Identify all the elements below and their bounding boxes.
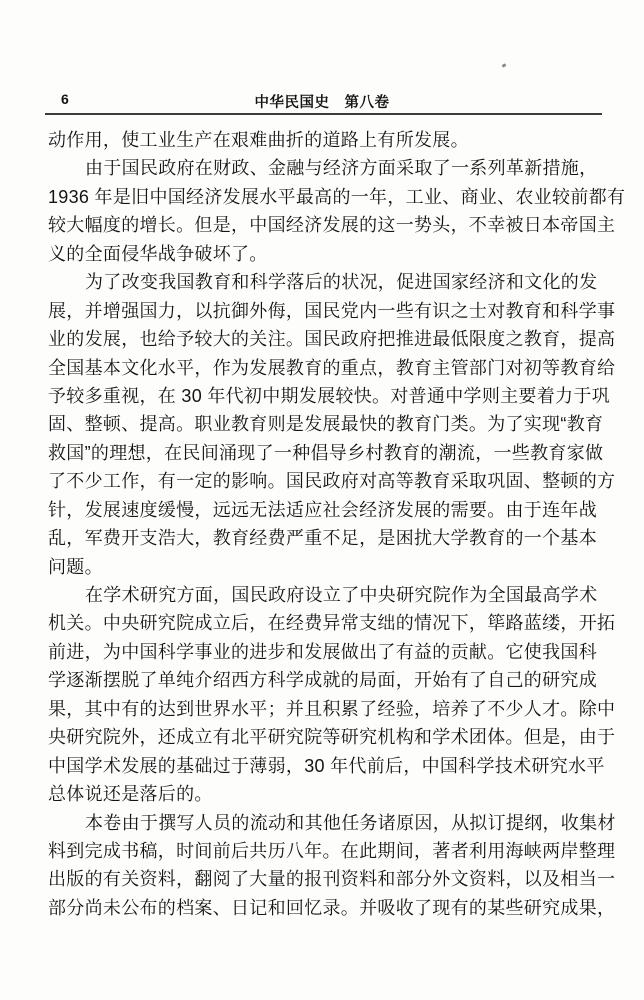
text-line: 动作用，使工业生产在艰难曲折的道路上有所发展。 bbox=[48, 126, 597, 154]
text-line: 乱，军费开支浩大，教育经费严重不足，是困扰大学教育的一个基本 bbox=[48, 524, 597, 552]
text-line: 较大幅度的增长。但是，中国经济发展的这一势头，不幸被日本帝国主 bbox=[48, 211, 597, 239]
text-line: 总体说还是落后的。 bbox=[48, 780, 597, 808]
header-rule bbox=[45, 113, 602, 115]
text-line: 针，发展速度缓慢，远远无法适应社会经济发展的需要。由于连年战 bbox=[48, 496, 597, 524]
text-line: 予较多重视，在 30 年代初中期发展较快。对普通中学则主要着力于巩 bbox=[48, 382, 597, 410]
text-line: 料到完成书稿，时间前后共历八年。在此期间，著者利用海峡两岸整理 bbox=[48, 837, 597, 865]
body-text: 动作用，使工业生产在艰难曲折的道路上有所发展。由于国民政府在财政、金融与经济方面… bbox=[48, 126, 597, 922]
text-line: 问题。 bbox=[48, 553, 597, 581]
text-line: 学逐渐摆脱了单纯介绍西方科学成就的局面，开始有了自己的研究成 bbox=[48, 666, 597, 694]
text-line: 1936 年是旧中国经济发展水平最高的一年，工业、商业、农业较前都有 bbox=[48, 183, 597, 211]
print-speck bbox=[502, 63, 507, 68]
text-line: 本卷由于撰写人员的流动和其他任务诸原因，从拟订提纲，收集材 bbox=[48, 809, 597, 837]
book-page: 6 中华民国史 第八卷 动作用，使工业生产在艰难曲折的道路上有所发展。由于国民政… bbox=[0, 0, 644, 1000]
text-line: 展，并增强国力，以抗御外侮，国民党内一些有识之士对教育和科学事 bbox=[48, 297, 597, 325]
text-line: 固、整顿、提高。职业教育则是发展最快的教育门类。为了实现“教育 bbox=[48, 410, 597, 438]
text-line: 为了改变我国教育和科学落后的状况，促进国家经济和文化的发 bbox=[48, 268, 597, 296]
text-line: 业的发展，也给予较大的关注。国民政府把推进最低限度之教育，提高 bbox=[48, 325, 597, 353]
text-line: 果，其中有的达到世界水平；并且积累了经验，培养了不少人才。除中 bbox=[48, 695, 597, 723]
running-header-title: 中华民国史 第八卷 bbox=[0, 91, 644, 112]
text-line: 在学术研究方面，国民政府设立了中央研究院作为全国最高学术 bbox=[48, 581, 597, 609]
text-line: 机关。中央研究院成立后，在经费异常支绌的情况下，筚路蓝缕，开拓 bbox=[48, 609, 597, 637]
text-line: 出版的有关资料，翻阅了大量的报刊资料和部分外文资料，以及相当一 bbox=[48, 865, 597, 893]
text-line: 前进，为中国科学事业的进步和发展做出了有益的贡献。它使我国科 bbox=[48, 638, 597, 666]
text-line: 救国”的理想，在民间涌现了一种倡导乡村教育的潮流，一些教育家做 bbox=[48, 439, 597, 467]
text-line: 了不少工作，有一定的影响。国民政府对高等教育采取巩固、整顿的方 bbox=[48, 467, 597, 495]
text-line: 央研究院外，还成立有北平研究院等研究机构和学术团体。但是，由于 bbox=[48, 723, 597, 751]
text-line: 由于国民政府在财政、金融与经济方面采取了一系列革新措施， bbox=[48, 154, 597, 182]
text-line: 全国基本文化水平，作为发展教育的重点，教育主管部门对初等教育给 bbox=[48, 354, 597, 382]
text-line: 部分尚未公布的档案、日记和回忆录。并吸收了现有的某些研究成果， bbox=[48, 894, 597, 922]
text-line: 义的全面侵华战争破坏了。 bbox=[48, 240, 597, 268]
text-line: 中国学术发展的基础过于薄弱，30 年代前后，中国科学技术研究水平 bbox=[48, 752, 597, 780]
